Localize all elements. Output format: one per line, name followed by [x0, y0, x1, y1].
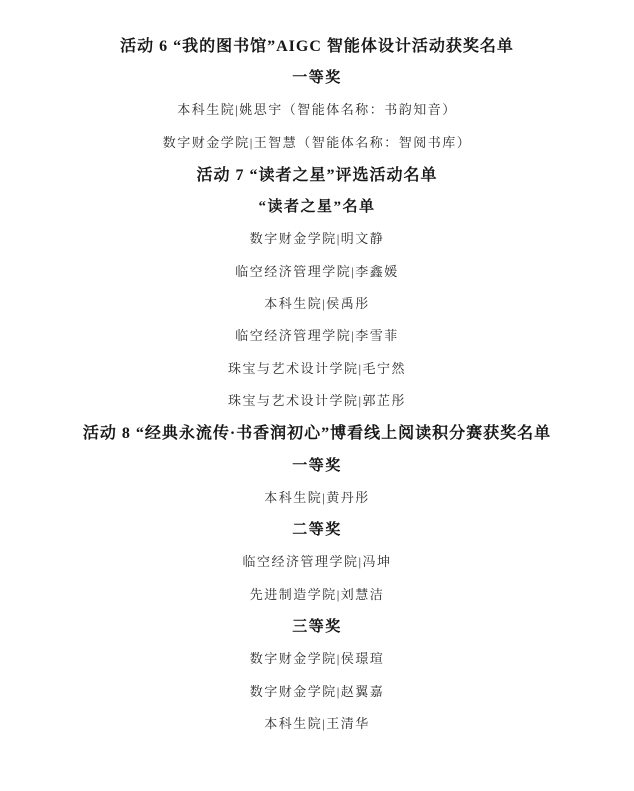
winner-entry: 临空经济管理学院|冯坤	[0, 545, 634, 577]
winner-entry: 本科生院|黄丹彤	[0, 480, 634, 512]
award-tier-heading: 一等奖	[0, 448, 634, 480]
winner-entry: 数字财金学院|明文静	[0, 222, 634, 254]
winner-entry: 临空经济管理学院|李雪菲	[0, 319, 634, 351]
winner-entry: 数字财金学院|赵翼嘉	[0, 674, 634, 706]
winner-entry: 数字财金学院|王智慧（智能体名称：智阅书库）	[0, 125, 634, 157]
winner-entry: 珠宝与艺术设计学院|毛宁然	[0, 351, 634, 383]
winner-entry: 数字财金学院|侯璟瑄	[0, 642, 634, 674]
award-tier-heading: “读者之星”名单	[0, 189, 634, 221]
award-tier-heading: 一等奖	[0, 60, 634, 92]
award-tier-heading: 二等奖	[0, 512, 634, 544]
winner-entry: 先进制造学院|刘慧洁	[0, 577, 634, 609]
activity-heading: 活动 7 “读者之星”评选活动名单	[0, 157, 634, 189]
winner-entry: 临空经济管理学院|李鑫媛	[0, 254, 634, 286]
activity-heading: 活动 8 “经典永流传·书香润初心”博看线上阅读积分赛获奖名单	[0, 416, 634, 448]
document-page: 活动 6 “我的图书馆”AIGC 智能体设计活动获奖名单一等奖本科生院|姚思宇（…	[0, 0, 634, 791]
winner-entry: 本科生院|侯禹彤	[0, 286, 634, 318]
winner-entry: 本科生院|姚思宇（智能体名称：书韵知音）	[0, 93, 634, 125]
activity-heading: 活动 6 “我的图书馆”AIGC 智能体设计活动获奖名单	[0, 28, 634, 60]
winner-entry: 本科生院|王清华	[0, 706, 634, 738]
award-list: 活动 6 “我的图书馆”AIGC 智能体设计活动获奖名单一等奖本科生院|姚思宇（…	[0, 28, 634, 739]
award-tier-heading: 三等奖	[0, 609, 634, 641]
winner-entry: 珠宝与艺术设计学院|郭芷彤	[0, 383, 634, 415]
